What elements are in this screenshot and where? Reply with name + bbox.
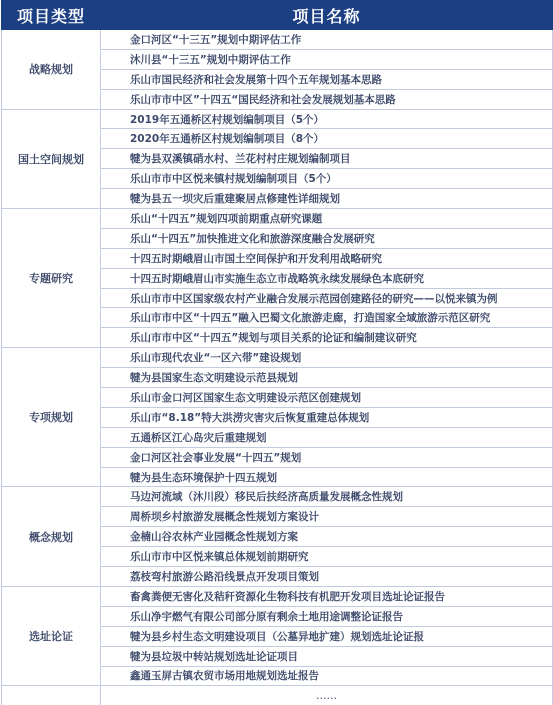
project-name-cell: 十四五时期峨眉山市实施生态立市战略筑永续发展绿色本底研究 <box>101 268 553 288</box>
project-name-cell: 乐山市市中区悦来镇村规划编制项目（5个） <box>101 169 553 189</box>
project-name-cell: 犍为县乡村生态文明建设项目（公墓异地扩建）规划选址论证报 <box>101 626 553 646</box>
project-name-cell: 金口河区社会事业发展“十四五”规划 <box>101 447 553 467</box>
project-name-cell: 乐山“十四五”规划四项前期重点研究课题 <box>101 209 553 229</box>
category-cell-empty <box>2 686 101 705</box>
project-name-cell: 荔枝弯村旅游公路沿线景点开发项目策划 <box>101 567 553 587</box>
project-name-cell: 犍为县五一坝灾后重建聚居点修建性详细规划 <box>101 189 553 209</box>
category-cell: 选址论证 <box>2 586 101 685</box>
category-cell: 国土空间规划 <box>2 109 101 208</box>
table-row: 专题研究乐山“十四五”规划四项前期重点研究课题 <box>2 209 553 229</box>
project-name-cell: 犍为县生态环境保护十四五规划 <box>101 467 553 487</box>
table-row: 战略规划金口河区“十三五”规划中期评估工作 <box>2 30 553 50</box>
project-name-cell: 马边河流域（沐川段）移民后扶经济高质量发展概念性规划 <box>101 487 553 507</box>
table-header-row: 项目类型 项目名称 <box>2 1 553 30</box>
project-name-cell: 乐山市现代农业“一区六带”建设规划 <box>101 348 553 368</box>
project-name-cell: 沐川县“十三五”规划中期评估工作 <box>101 49 553 69</box>
category-cell: 概念规划 <box>2 487 101 586</box>
column-header-name: 项目名称 <box>101 1 553 30</box>
project-name-cell: 乐山市市中区“十四五”规划与项目关系的论证和编制建议研究 <box>101 328 553 348</box>
project-name-cell: 乐山市“8.18”特大洪涝灾害灾后恢复重建总体规划 <box>101 407 553 427</box>
project-name-cell: 乐山市市中区“十四五”融入巴蜀文化旅游走廊，打造国家全域旅游示范区研究 <box>101 308 553 328</box>
project-table: 项目类型 项目名称 战略规划金口河区“十三五”规划中期评估工作沐川县“十三五”规… <box>1 0 553 705</box>
project-name-cell: 犍为县国家生态文明建设示范县规划 <box>101 368 553 388</box>
table-row: 国土空间规划2019年五通桥区村规划编制项目（5个） <box>2 109 553 129</box>
table-row: 概念规划马边河流域（沐川段）移民后扶经济高质量发展概念性规划 <box>2 487 553 507</box>
more-ellipsis-cell: …… <box>101 686 553 705</box>
project-name-cell: 畜禽粪便无害化及秸秆资源化生物科技有机肥开发项目选址论证报告 <box>101 586 553 606</box>
project-name-cell: 乐山市国民经济和社会发展第十四个五年规划基本思路 <box>101 69 553 89</box>
table-row: 选址论证畜禽粪便无害化及秸秆资源化生物科技有机肥开发项目选址论证报告 <box>2 586 553 606</box>
project-name-cell: 2019年五通桥区村规划编制项目（5个） <box>101 109 553 129</box>
table-body: 战略规划金口河区“十三五”规划中期评估工作沐川县“十三五”规划中期评估工作乐山市… <box>2 30 553 705</box>
project-name-cell: 乐山“十四五”加快推进文化和旅游深度融合发展研究 <box>101 228 553 248</box>
project-name-cell: 金口河区“十三五”规划中期评估工作 <box>101 30 553 50</box>
table-row: 专项规划乐山市现代农业“一区六带”建设规划 <box>2 348 553 368</box>
category-cell: 专题研究 <box>2 209 101 348</box>
project-name-cell: 乐山市金口河区国家生态文明建设示范区创建规划 <box>101 388 553 408</box>
table-row-more: …… <box>2 686 553 705</box>
project-name-cell: 乐山市市中区悦来镇总体规划前期研究 <box>101 547 553 567</box>
project-name-cell: 十四五时期峨眉山市国土空间保护和开发利用战略研究 <box>101 248 553 268</box>
category-cell: 战略规划 <box>2 30 101 110</box>
category-cell: 专项规划 <box>2 348 101 487</box>
project-name-cell: 乐山市市中区”十四五“国民经济和社会发展规划基本思路 <box>101 89 553 109</box>
project-name-cell: 乐山市市中区国家级农村产业融合发展示范园创建路径的研究——以悦来镇为例 <box>101 288 553 308</box>
project-name-cell: 金楠山谷农林产业园概念性规划方案 <box>101 527 553 547</box>
project-name-cell: 周桥坝乡村旅游发展概念性规划方案设计 <box>101 507 553 527</box>
project-name-cell: 乐山净宇燃气有限公司部分原有剩余土地用途调整论证报告 <box>101 606 553 626</box>
column-header-type: 项目类型 <box>2 1 101 30</box>
project-name-cell: 五通桥区江心岛灾后重建规划 <box>101 427 553 447</box>
project-name-cell: 犍为县双溪镇硝水村、兰花村村庄规划编制项目 <box>101 149 553 169</box>
project-name-cell: 犍为县垃圾中转站规划选址论证项目 <box>101 646 553 666</box>
project-name-cell: 2020年五通桥区村规划编制项目（8个） <box>101 129 553 149</box>
project-name-cell: 鑫通玉屏古镇农贸市场用地规划选址报告 <box>101 666 553 686</box>
